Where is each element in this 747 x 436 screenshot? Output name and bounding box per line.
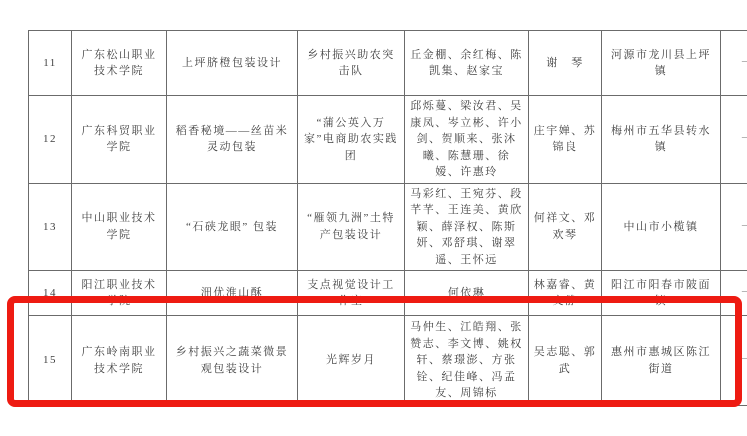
cell-team-name: 乡村振兴助农突击队 [298, 31, 405, 96]
cell-students: 何依琳 [405, 271, 529, 316]
cell-row-number: 14 [29, 271, 72, 316]
cell-school: 阳江职业技术学院 [72, 271, 167, 316]
table-row: 12 广东科贸职业学院 稻香秘境——丝苗米灵动包装 “蒲公英入万家”电商助农实践… [29, 96, 747, 184]
cell-location: 惠州市惠城区陈江街道 [602, 316, 721, 406]
cell-teachers: 何祥文、邓欢琴 [529, 183, 602, 271]
cell-work-title: “石硖龙眼” 包装 [167, 183, 298, 271]
cell-row-number: 12 [29, 96, 72, 184]
award-list-table: 11 广东松山职业技术学院 上坪脐橙包装设计 乡村振兴助农突击队 丘金棚、余红梅… [28, 30, 747, 406]
cell-students: 马彩红、王宛芬、段芊芊、王连美、黄欣颖、薛泽权、陈斯妍、邓舒琪、谢翠遥、王怀远 [405, 183, 529, 271]
cell-students: 邱烁蔓、梁汝君、吴康凤、岑立彬、许小剑、贺顺来、张沐曦、陈慧珊、徐 嫒、许惠玲 [405, 96, 529, 184]
cell-award: 一等奖 [721, 31, 747, 96]
cell-students: 丘金棚、余红梅、陈凯集、赵家宝 [405, 31, 529, 96]
cell-award: 一等奖 [721, 96, 747, 184]
cell-work-title: 沺优淮山酥 [167, 271, 298, 316]
cell-work-title: 稻香秘境——丝苗米灵动包装 [167, 96, 298, 184]
cell-work-title: 上坪脐橙包装设计 [167, 31, 298, 96]
cell-award: 一等奖 [721, 183, 747, 271]
cell-work-title: 乡村振兴之蔬菜微景观包装设计 [167, 316, 298, 406]
cell-award: 一等奖 [721, 271, 747, 316]
cell-school: 广东科贸职业学院 [72, 96, 167, 184]
cell-team-name: “雁领九洲”土特产包装设计 [298, 183, 405, 271]
table-row: 14 阳江职业技术学院 沺优淮山酥 支点视觉设计工作室 何依琳 林嘉睿、黄文静 … [29, 271, 747, 316]
cell-teachers: 庄宇婵、苏锦良 [529, 96, 602, 184]
table-row: 11 广东松山职业技术学院 上坪脐橙包装设计 乡村振兴助农突击队 丘金棚、余红梅… [29, 31, 747, 96]
table-row-highlighted: 15 广东岭南职业技术学院 乡村振兴之蔬菜微景观包装设计 光辉岁月 马仲生、江皓… [29, 316, 747, 406]
cell-school: 中山职业技术学院 [72, 183, 167, 271]
cell-team-name: 支点视觉设计工作室 [298, 271, 405, 316]
cell-row-number: 13 [29, 183, 72, 271]
cell-teachers: 林嘉睿、黄文静 [529, 271, 602, 316]
cell-team-name: “蒲公英入万家”电商助农实践团 [298, 96, 405, 184]
cell-school: 广东松山职业技术学院 [72, 31, 167, 96]
cell-award: 一等奖 [721, 316, 747, 406]
cell-teachers: 谢 琴 [529, 31, 602, 96]
cell-location: 阳江市阳春市陂面镇 [602, 271, 721, 316]
cell-school: 广东岭南职业技术学院 [72, 316, 167, 406]
cell-row-number: 11 [29, 31, 72, 96]
table-row: 13 中山职业技术学院 “石硖龙眼” 包装 “雁领九洲”土特产包装设计 马彩红、… [29, 183, 747, 271]
cell-location: 梅州市五华县转水镇 [602, 96, 721, 184]
cell-location: 河源市龙川县上坪镇 [602, 31, 721, 96]
cell-students: 马仲生、江皓翔、张赞志、李文博、姚权轩、蔡璟澎、方张铨、纪佳峰、冯孟友、周锦标 [405, 316, 529, 406]
cell-location: 中山市小榄镇 [602, 183, 721, 271]
cell-team-name: 光辉岁月 [298, 316, 405, 406]
cell-teachers: 吴志聪、郭 武 [529, 316, 602, 406]
cell-row-number: 15 [29, 316, 72, 406]
document-page: 11 广东松山职业技术学院 上坪脐橙包装设计 乡村振兴助农突击队 丘金棚、余红梅… [0, 0, 747, 436]
